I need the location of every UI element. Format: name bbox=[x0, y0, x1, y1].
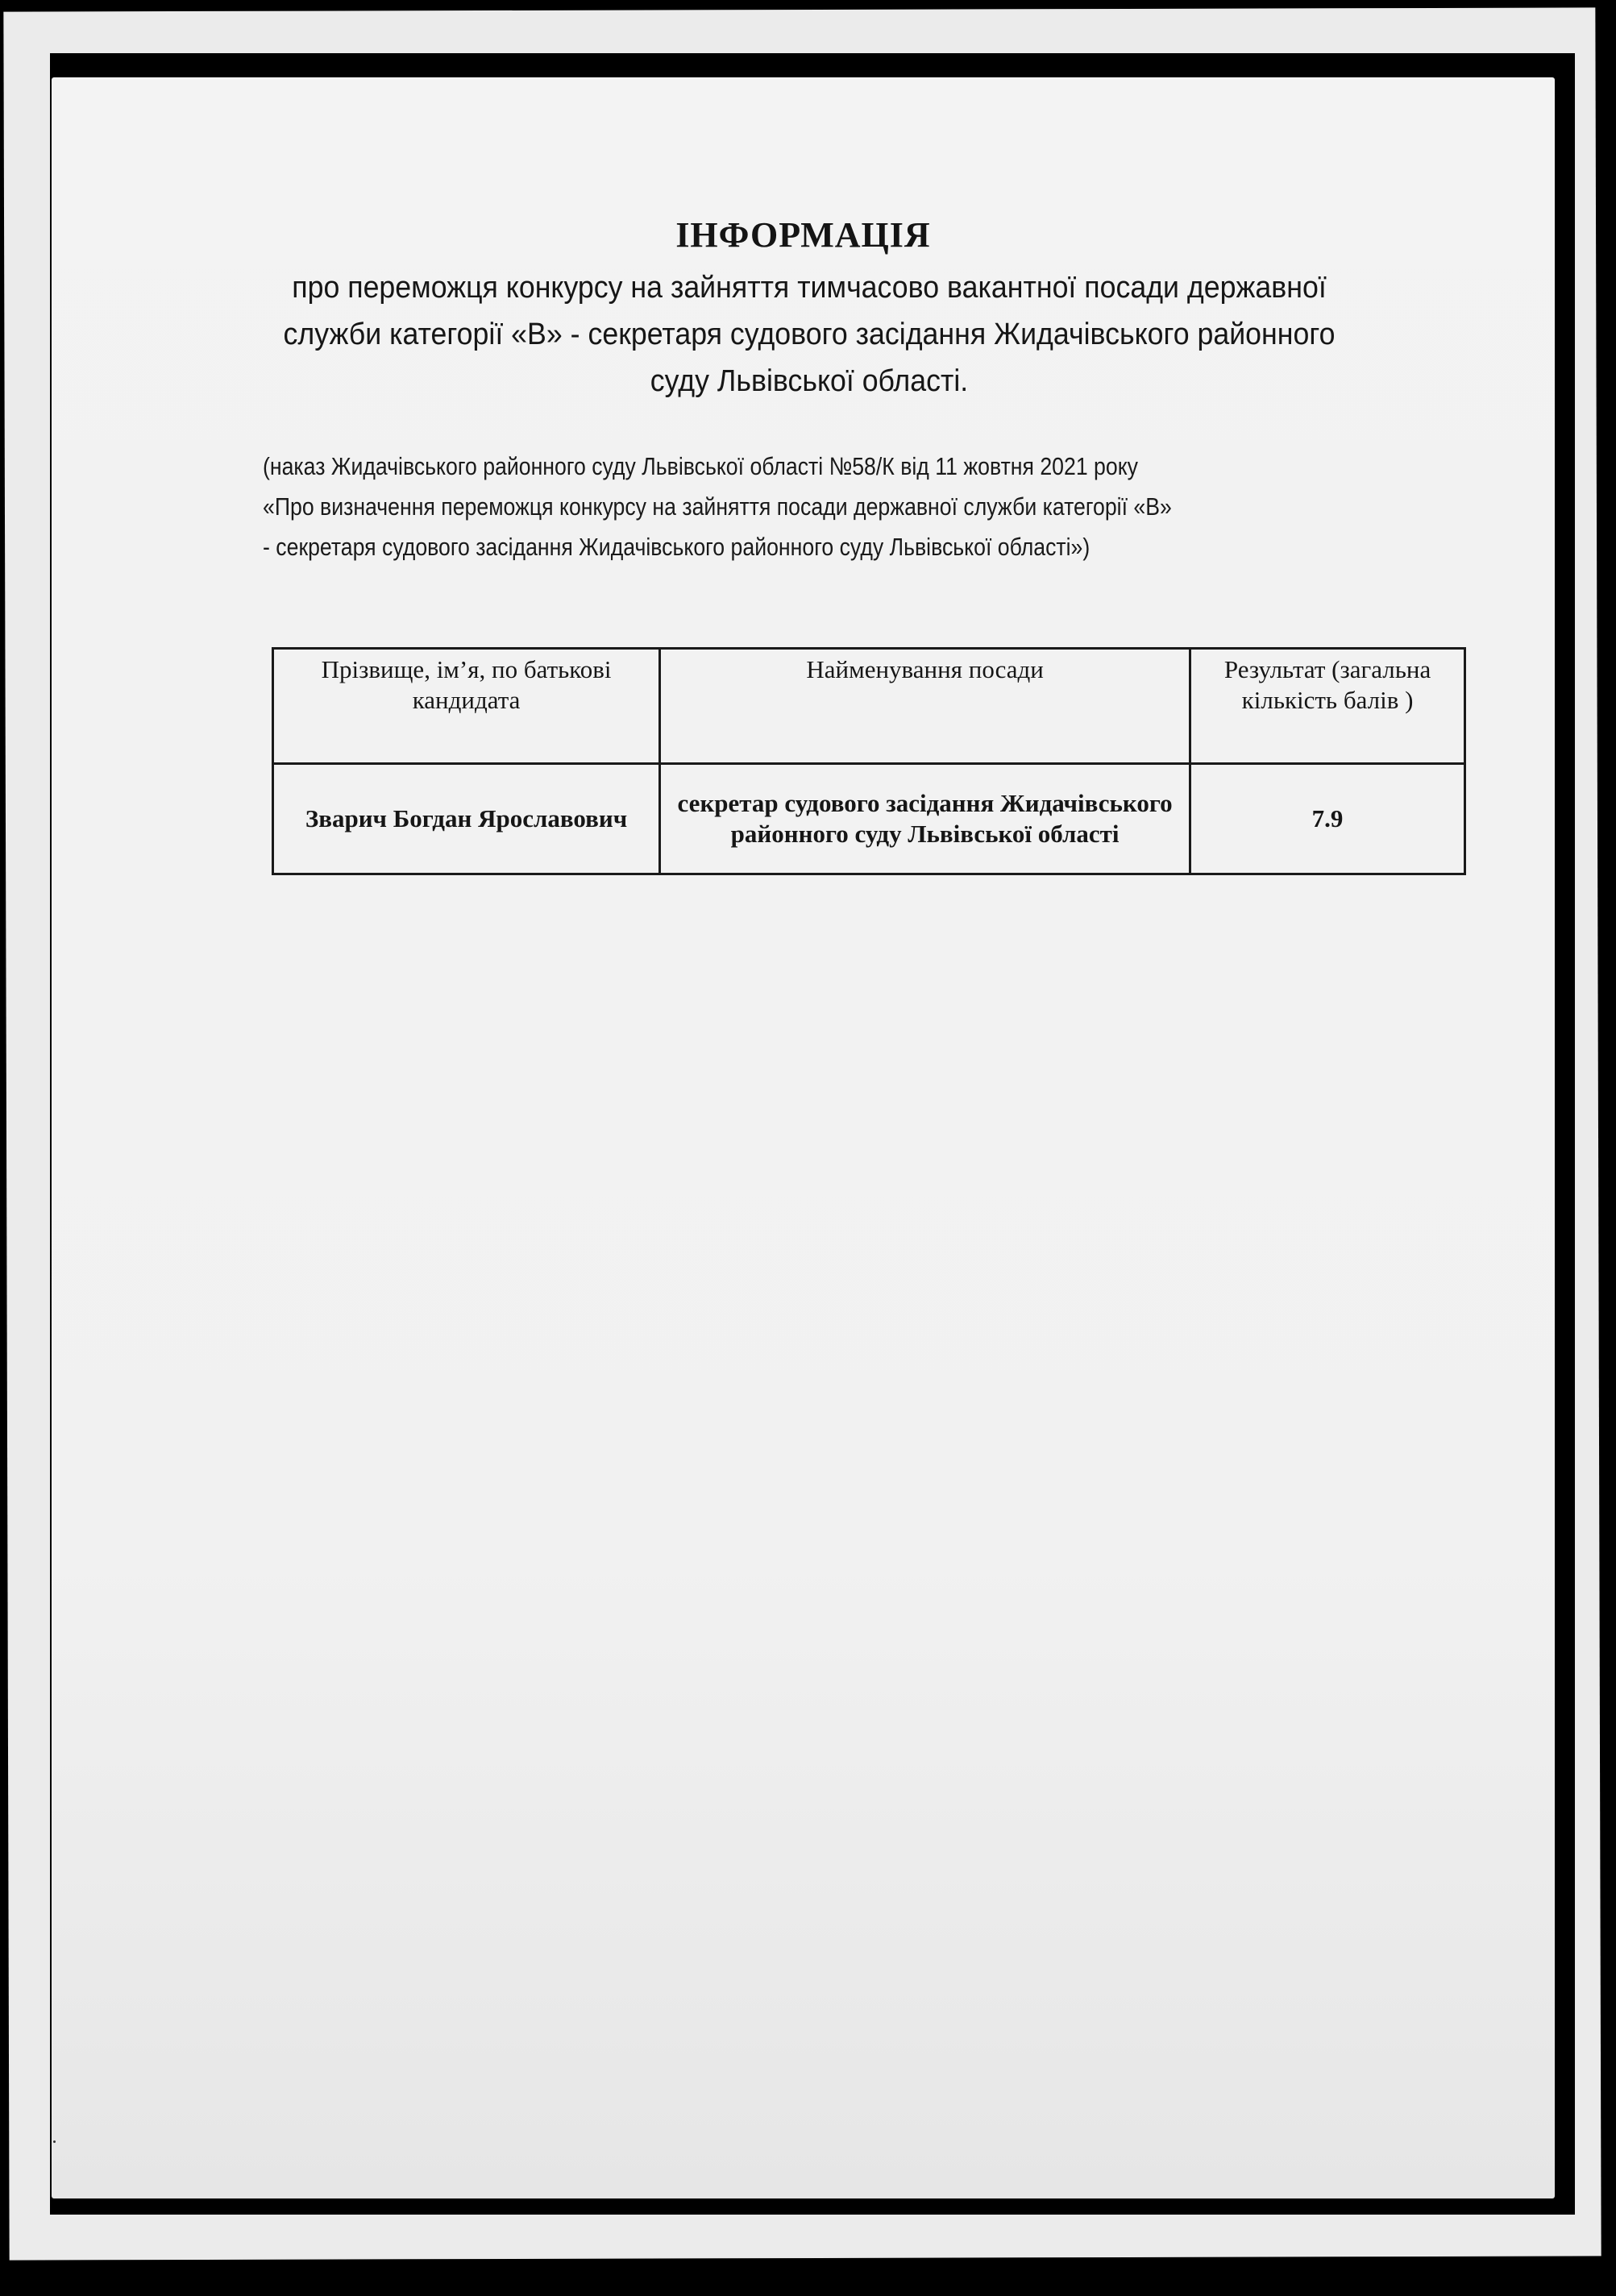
order-reference-line: (наказ Жидачівського районного суду Льві… bbox=[263, 446, 1344, 487]
header-result: Результат (загальна кількість балів ) bbox=[1190, 649, 1465, 764]
table-header-row: Прізвище, ім’я, по батькові кандидата На… bbox=[273, 649, 1465, 764]
cell-position-title: секретар судового засідання Жидачівськог… bbox=[660, 764, 1190, 874]
document-subtitle: про переможця конкурсу на зайняття тимча… bbox=[272, 264, 1348, 405]
order-reference-line: - секретаря судового засідання Жидачівсь… bbox=[263, 527, 1344, 567]
cell-candidate-name: Зварич Богдан Ярославович bbox=[273, 764, 660, 874]
document-page: ІНФОРМАЦІЯ про переможця конкурсу на зай… bbox=[52, 77, 1555, 2198]
header-position-title: Найменування посади bbox=[660, 649, 1190, 764]
scan-speck bbox=[53, 2140, 56, 2143]
order-reference-line: «Про визначення переможця конкурсу на за… bbox=[263, 487, 1344, 527]
results-table: Прізвище, ім’я, по батькові кандидата На… bbox=[272, 647, 1466, 875]
table-row: Зварич Богдан Ярославович секретар судов… bbox=[273, 764, 1465, 874]
order-reference: (наказ Жидачівського районного суду Льві… bbox=[263, 446, 1344, 567]
document-title: ІНФОРМАЦІЯ bbox=[52, 214, 1555, 255]
cell-result-score: 7.9 bbox=[1190, 764, 1465, 874]
header-candidate-name: Прізвище, ім’я, по батькові кандидата bbox=[273, 649, 660, 764]
